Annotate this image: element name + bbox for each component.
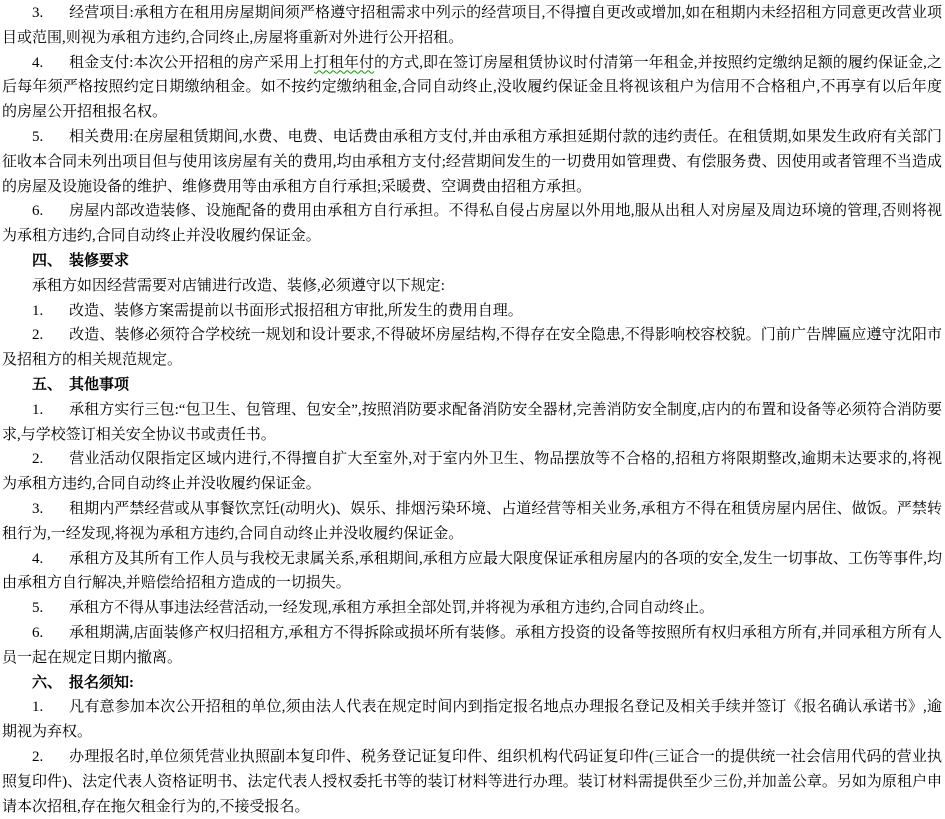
contract-clause: 5.相关费用:在房屋租赁期间,水费、电费、电话费由承租方支付,并由承租方承担延期… (2, 125, 942, 199)
contract-clause: 4.租金支付:本次公开招租的房产采用上打租年付的方式,即在签订房屋租赁协议时付清… (2, 51, 942, 125)
clause-text: 房屋内部改造装修、设施配备的费用由承租方自行承担。不得私自侵占房屋以外用地,服从… (2, 203, 942, 244)
clause-number: 6. (32, 621, 69, 646)
section-heading: 五、其他事项 (2, 373, 942, 398)
section-title: 装修要求 (69, 253, 129, 269)
spellcheck-underline: 打租年付 (314, 55, 374, 71)
clause-text: 办理报名时,单位须凭营业执照副本复印件、税务登记证复印件、组织机构代码证复印件(… (2, 749, 942, 815)
clause-text: 营业活动仅限指定区域内进行,不得擅自扩大至室外,对于室内外卫生、物品摆放等不合格… (2, 451, 942, 492)
clause-number: 5. (32, 596, 69, 621)
section-heading: 四、装修要求 (2, 249, 942, 274)
clause-text: 改造、装修方案需提前以书面形式报招租方审批,所发生的费用自理。 (69, 303, 523, 319)
clause-text: 承租方及其所有工作人员与我校无隶属关系,承租期间,承租方应最大限度保证承租房屋内… (2, 551, 942, 592)
clause-text: 相关费用:在房屋租赁期间,水费、电费、电话费由承租方支付,并由承租方承担延期付款… (2, 129, 942, 195)
clause-number: 3. (32, 1, 69, 26)
clause-number: 5. (32, 125, 69, 150)
clause-number: 4. (32, 547, 69, 572)
section-intro: 承租方如因经营需要对店铺进行改造、装修,必须遵守以下规定: (2, 274, 942, 299)
contract-clause: 2.办理报名时,单位须凭营业执照副本复印件、税务登记证复印件、组织机构代码证复印… (2, 745, 942, 819)
clause-text: 租期内严禁经营或从事餐饮烹饪(动明火)、娱乐、排烟污染环境、占道经营等相关业务,… (2, 501, 942, 542)
section-title: 其他事项 (69, 377, 129, 393)
clause-text: 承租方不得从事违法经营活动,一经发现,承租方承担全部处罚,并将视为承租方违约,合… (69, 600, 714, 616)
contract-clause: 1.承租方实行三包:“包卫生、包管理、包安全”,按照消防要求配备消防安全器材,完… (2, 398, 942, 448)
contract-clause: 3.租期内严禁经营或从事餐饮烹饪(动明火)、娱乐、排烟污染环境、占道经营等相关业… (2, 497, 942, 547)
clause-number: 6. (32, 199, 69, 224)
contract-clause: 5.承租方不得从事违法经营活动,一经发现,承租方承担全部处罚,并将视为承租方违约… (2, 596, 942, 621)
section-number: 四、 (32, 249, 69, 274)
clause-text: 经营项目:承租方在租用房屋期间须严格遵守招租需求中列示的经营项目,不得擅自更改或… (2, 5, 942, 46)
section-title: 报名须知: (69, 675, 134, 691)
contract-clause: 6.承租期满,店面装修产权归招租方,承租方不得拆除或损坏所有装修。承租方投资的设… (2, 621, 942, 671)
clause-text: 租金支付:本次公开招租的房产采用上打租年付的方式,即在签订房屋租赁协议时付清第一… (2, 55, 942, 121)
clause-number: 2. (32, 447, 69, 472)
clause-text: 承租方实行三包:“包卫生、包管理、包安全”,按照消防要求配备消防安全器材,完善消… (2, 402, 942, 443)
document-page: 3.经营项目:承租方在租用房屋期间须严格遵守招租需求中列示的经营项目,不得擅自更… (0, 0, 945, 819)
contract-clause: 1.凡有意参加本次公开招租的单位,须由法人代表在规定时间内到指定报名地点办理报名… (2, 695, 942, 745)
section-heading: 六、报名须知: (2, 671, 942, 696)
clause-number: 4. (32, 51, 69, 76)
contract-clause: 2.营业活动仅限指定区域内进行,不得擅自扩大至室外,对于室内外卫生、物品摆放等不… (2, 447, 942, 497)
section-number: 六、 (32, 671, 69, 696)
section-number: 五、 (32, 373, 69, 398)
clause-number: 3. (32, 497, 69, 522)
contract-clause: 3.经营项目:承租方在租用房屋期间须严格遵守招租需求中列示的经营项目,不得擅自更… (2, 1, 942, 51)
clause-number: 2. (32, 745, 69, 770)
intro-text: 承租方如因经营需要对店铺进行改造、装修,必须遵守以下规定: (32, 278, 445, 294)
clause-text: 承租期满,店面装修产权归招租方,承租方不得拆除或损坏所有装修。承租方投资的设备等… (2, 625, 942, 666)
contract-clause: 4.承租方及其所有工作人员与我校无隶属关系,承租期间,承租方应最大限度保证承租房… (2, 547, 942, 597)
clause-number: 1. (32, 695, 69, 720)
clause-number: 1. (32, 299, 69, 324)
clause-text: 凡有意参加本次公开招租的单位,须由法人代表在规定时间内到指定报名地点办理报名登记… (2, 699, 942, 740)
clause-text-segment: 租金支付:本次公开招租的房产采用上 (69, 55, 314, 71)
contract-clause: 6.房屋内部改造装修、设施配备的费用由承租方自行承担。不得私自侵占房屋以外用地,… (2, 199, 942, 249)
contract-clause: 2.改造、装修必须符合学校统一规划和设计要求,不得破坏房屋结构,不得存在安全隐患… (2, 323, 942, 373)
clause-number: 2. (32, 323, 69, 348)
clause-number: 1. (32, 398, 69, 423)
clause-text: 改造、装修必须符合学校统一规划和设计要求,不得破坏房屋结构,不得存在安全隐患,不… (2, 327, 942, 368)
contract-clause: 1.改造、装修方案需提前以书面形式报招租方审批,所发生的费用自理。 (2, 299, 942, 324)
